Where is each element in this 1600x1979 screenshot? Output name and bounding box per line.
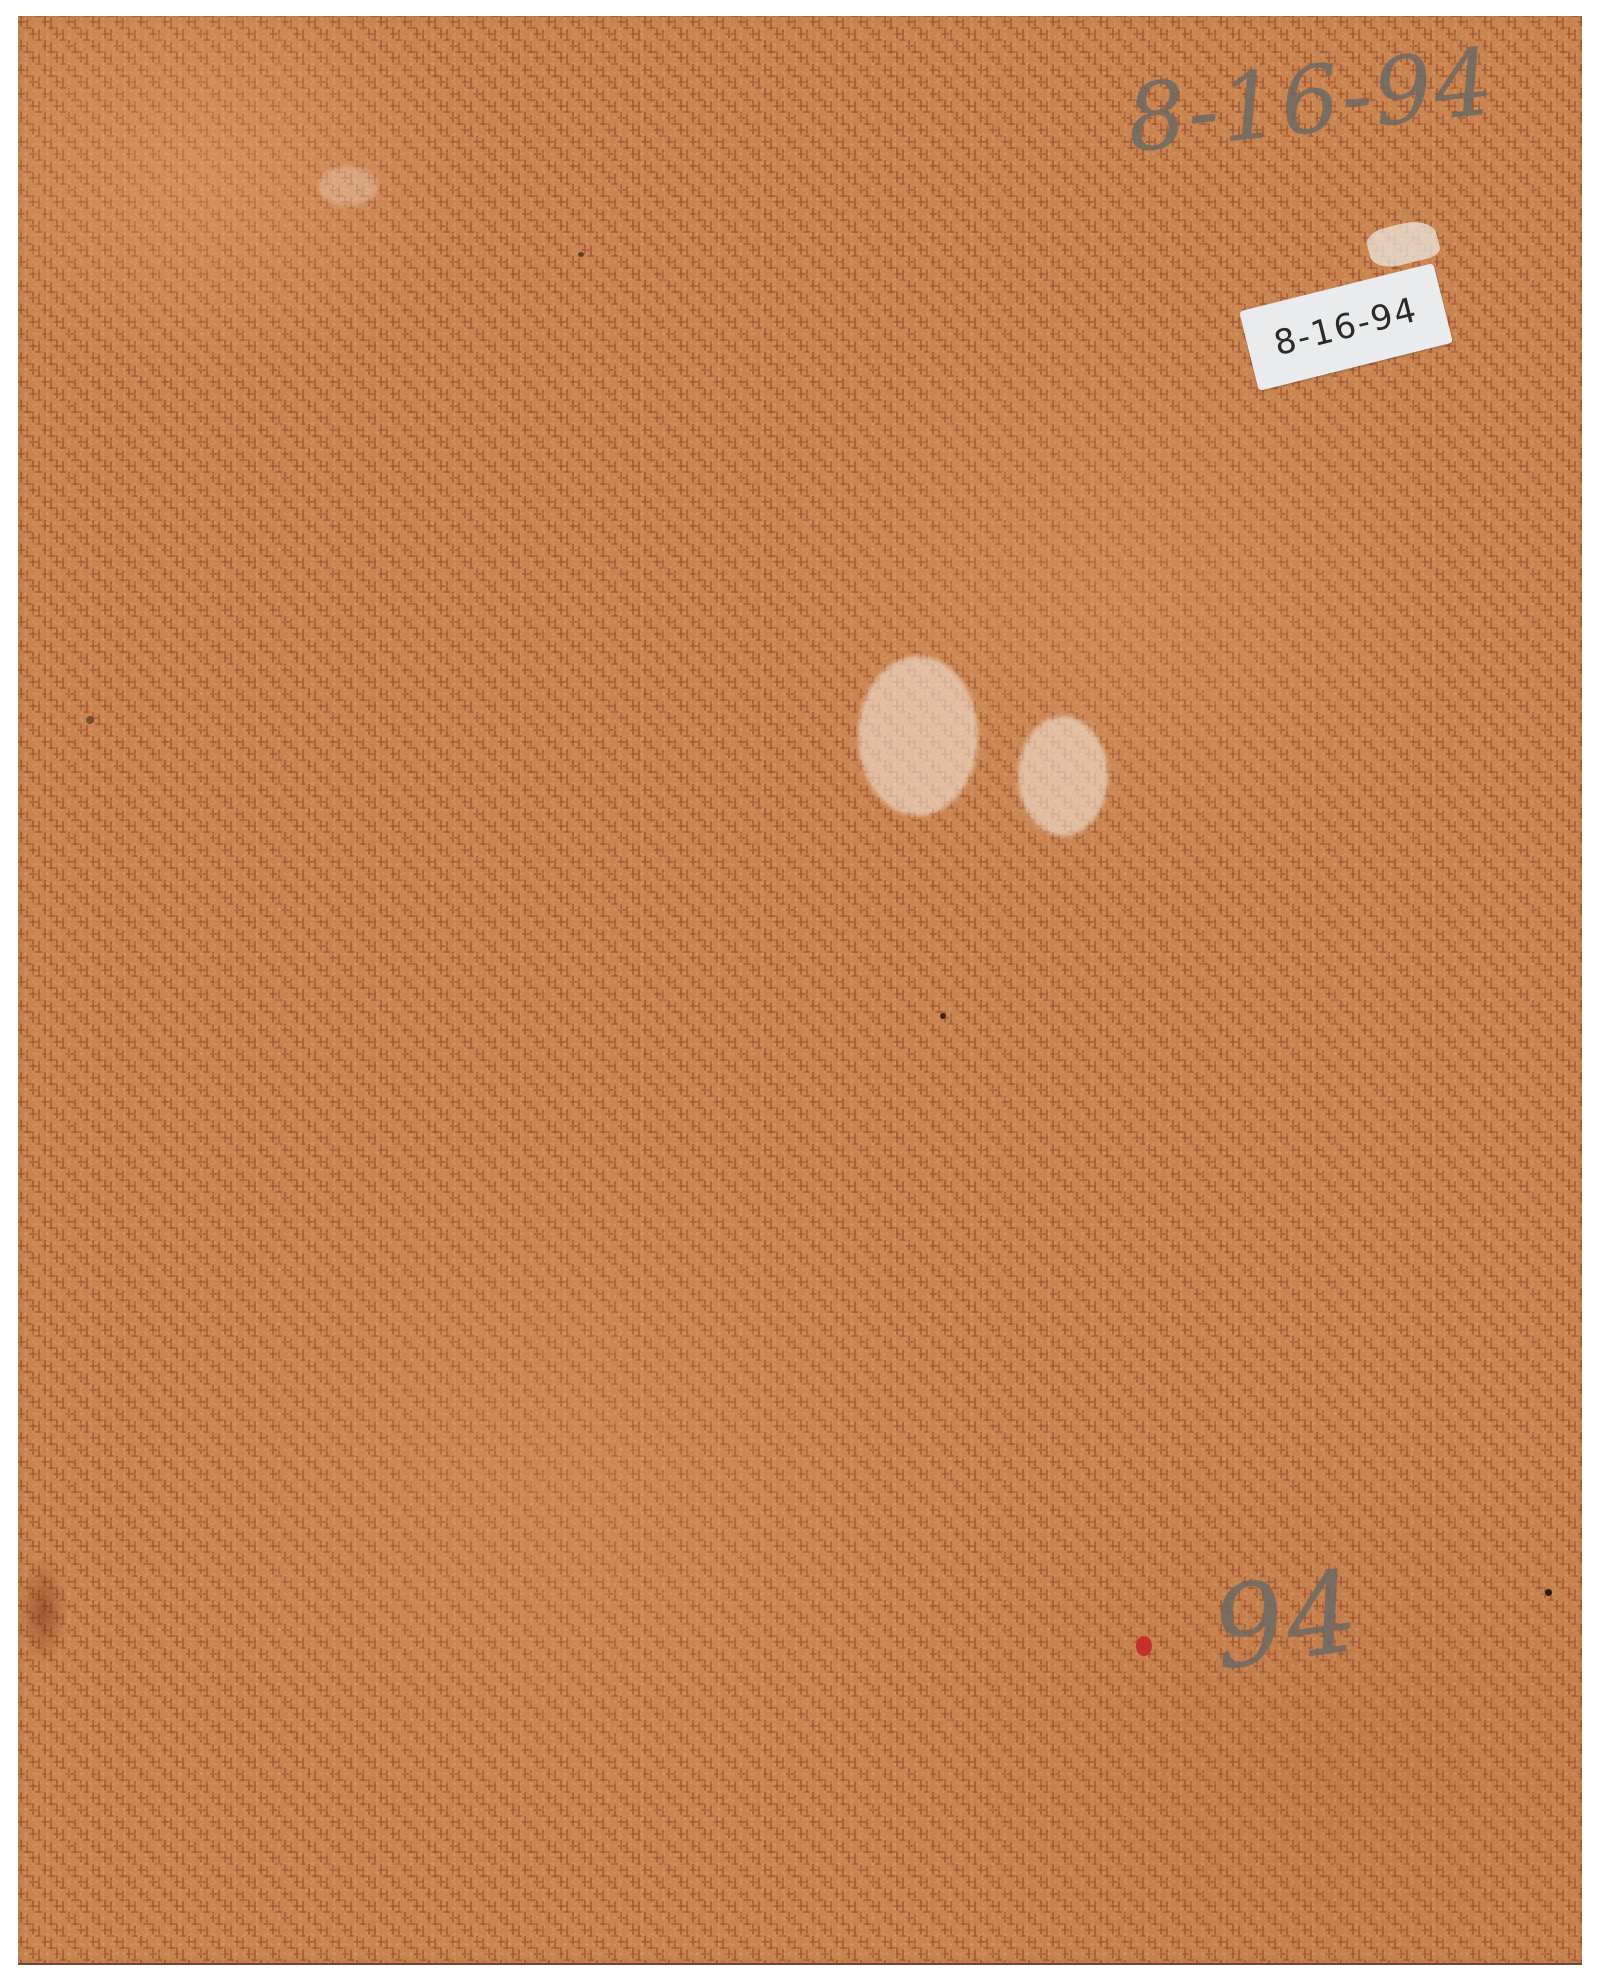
dark-dot — [86, 716, 94, 724]
hardboard-panel: 8-16-94 8-16-94 94 — [18, 16, 1582, 1965]
edge-stain — [18, 1556, 68, 1666]
dark-dot — [578, 252, 584, 257]
scuff-mark — [318, 166, 378, 206]
scuff-mark — [1018, 716, 1108, 836]
date-sticker: 8-16-94 — [1239, 263, 1453, 391]
scuff-mark — [858, 656, 978, 816]
date-sticker-text: 8-16-94 — [1270, 290, 1422, 364]
pencil-year-bottom: 94 — [1205, 1546, 1368, 1695]
pencil-date-top: 8-16-94 — [1122, 28, 1500, 173]
dark-dot — [1545, 1589, 1552, 1596]
red-paint-dot — [1136, 1636, 1152, 1656]
dark-dot — [940, 1013, 946, 1019]
